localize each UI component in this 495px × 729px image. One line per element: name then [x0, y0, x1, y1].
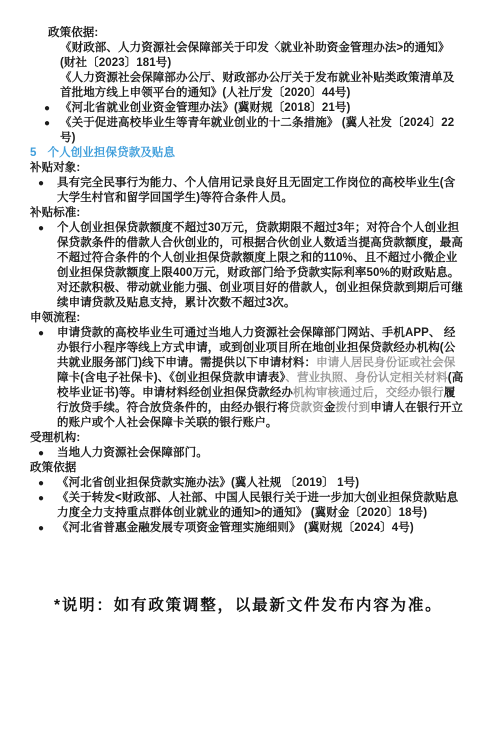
bullet-icon: ● [38, 176, 44, 191]
section-title-text: 个人创业担保贷款及贴息 [48, 147, 176, 159]
process-segment: 贷款资 [289, 402, 324, 414]
accepting-org-text: 当地人力资源社会保障部门。 [57, 447, 208, 459]
bullet-icon: ● [38, 326, 44, 341]
subsidy-standard-item: ● 个人创业担保贷款额度不超过30万元，贷款期限不超过3年；对符合个人创业担保贷… [30, 221, 465, 311]
policy-item: 《人力资源社会保障部办公厅、财政部办公厅关于发布就业补贴类政策清单及首批地方线上… [44, 71, 465, 101]
bullet-icon: ● [38, 491, 44, 506]
policy-item-text: 《河北省创业担保贷款实施办法》(冀人社规 〔2019〕 1号) [57, 477, 359, 489]
process-segment: 机构审核通过后，交经办银行 [293, 387, 444, 399]
subsidy-standard-block: 补贴标准: ● 个人创业担保贷款额度不超过30万元，贷款期限不超过3年；对符合个… [30, 206, 465, 311]
process-segment: 申请人居民身份证或社会保 [316, 357, 455, 369]
subsidy-target-item: ● 具有完全民事行为能力、个人信用记录良好且无固定工作岗位的高校毕业生(含大学生… [30, 176, 465, 206]
prev-policy-basis-block: 政策依据: 《财政部、人力资源社会保障部关于印发〈就业补助资金管理办法>的通知》… [44, 26, 465, 146]
accepting-org-item: ● 当地人力资源社会保障部门。 [30, 446, 465, 461]
policy-item-text: 《财政部、人力资源社会保障部关于印发〈就业补助资金管理办法>的通知》(财社〔20… [60, 42, 450, 69]
subsidy-target-label: 补贴对象: [30, 161, 465, 176]
policy-item-text: 《关于促进高校毕业生等青年就业创业的十二条措施》 (冀人社发〔2024〕22号) [60, 117, 454, 144]
policy-item: ● 《河北省创业担保贷款实施办法》(冀人社规 〔2019〕 1号) [30, 476, 465, 491]
subsidy-target-block: 补贴对象: ● 具有完全民事行为能力、个人信用记录良好且无固定工作岗位的高校毕业… [30, 161, 465, 206]
policy-item: 《财政部、人力资源社会保障部关于印发〈就业补助资金管理办法>的通知》(财社〔20… [44, 41, 465, 71]
apply-process-item: ●申请贷款的高校毕业生可通过当地人力资源社会保障部门网站、手机APP、 经办银行… [30, 326, 465, 431]
bullet-icon: ● [38, 521, 44, 536]
subsidy-target-text: 具有完全民事行为能力、个人信用记录良好且无固定工作岗位的高校毕业生(含大学生村官… [57, 177, 455, 204]
document-page: 政策依据: 《财政部、人力资源社会保障部关于印发〈就业补助资金管理办法>的通知》… [0, 0, 495, 729]
process-segment: 拨付到 [335, 402, 370, 414]
section-number: 5 [30, 147, 37, 159]
process-segment: 障卡(含电子社保卡)、《创业担保贷款申请表》 [57, 372, 285, 384]
policy-item: ● 《关于促进高校毕业生等青年就业创业的十二条措施》 (冀人社发〔2024〕22… [44, 116, 465, 146]
disclaimer-note: *说明：如有政策调整，以最新文件发布内容为准。 [54, 594, 442, 618]
bullet-icon: ● [38, 476, 44, 491]
bullet-icon: ● [38, 446, 44, 461]
bullet-icon: ● [44, 116, 50, 131]
policy-item-text: 《河北省就业创业资金管理办法》(冀财规〔2018〕21号) [60, 102, 350, 114]
apply-process-label: 申领流程: [30, 311, 465, 326]
section-title: 5个人创业担保贷款及贴息 [30, 146, 465, 161]
accepting-org-label: 受理机构: [30, 431, 465, 446]
subsidy-standard-text: 个人创业担保贷款额度不超过30万元，贷款期限不超过3年；对符合个人创业担保贷款条… [57, 222, 463, 309]
policy-basis-block: 政策依据 ● 《河北省创业担保贷款实施办法》(冀人社规 〔2019〕 1号) ●… [30, 461, 465, 536]
prev-policy-basis-label: 政策依据: [48, 26, 465, 41]
policy-basis-label: 政策依据 [30, 461, 465, 476]
policy-item-text: 《人力资源社会保障部办公厅、财政部办公厅关于发布就业补贴类政策清单及首批地方线上… [60, 72, 454, 99]
policy-item-text: 《河北省普惠金融发展专项资金管理实施细则》 (冀财规〔2024〕4号) [57, 522, 414, 534]
subsidy-standard-label: 补贴标准: [30, 206, 465, 221]
bullet-icon: ● [38, 221, 44, 236]
policy-item: ● 《关于转发<财政部、人社部、中国人民银行关于进一步加大创业担保贷款贴息力度全… [30, 491, 465, 521]
bullet-icon: ● [44, 101, 50, 116]
apply-process-block: 申领流程: ●申请贷款的高校毕业生可通过当地人力资源社会保障部门网站、手机APP… [30, 311, 465, 431]
accepting-org-block: 受理机构: ● 当地人力资源社会保障部门。 [30, 431, 465, 461]
policy-item-text: 《关于转发<财政部、人社部、中国人民银行关于进一步加大创业担保贷款贴息力度全力支… [57, 492, 458, 519]
policy-item: ● 《河北省普惠金融发展专项资金管理实施细则》 (冀财规〔2024〕4号) [30, 521, 465, 536]
process-segment: 金 [324, 402, 336, 414]
process-segment: 、营业执照、身份认定相关材料 [285, 372, 447, 384]
policy-item: ● 《河北省就业创业资金管理办法》(冀财规〔2018〕21号) [44, 101, 465, 116]
